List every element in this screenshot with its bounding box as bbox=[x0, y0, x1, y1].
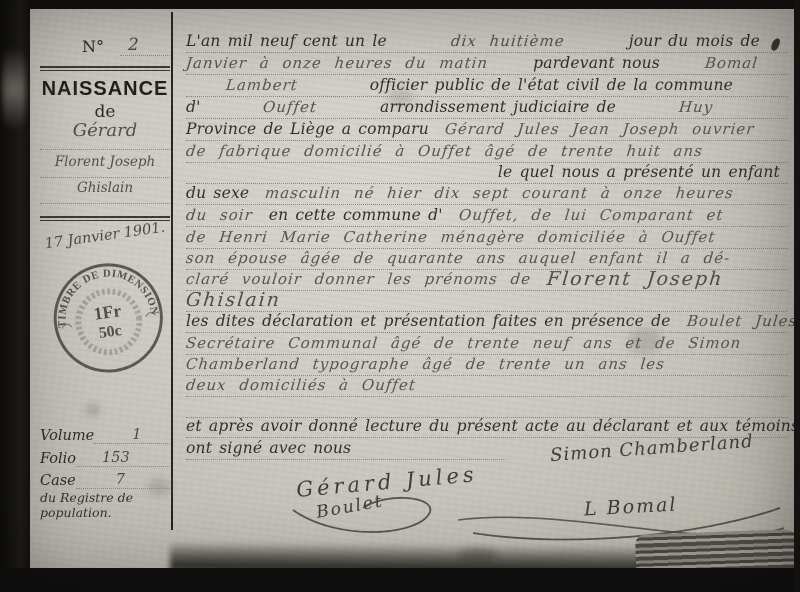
act-text-entry: Gérard Jules Jean Joseph ouvrier bbox=[444, 119, 756, 140]
act-type-subtitle: de bbox=[40, 102, 170, 122]
margin-divider-rule bbox=[171, 12, 173, 530]
act-text-entry: claré vouloir donner les prénoms de bbox=[185, 269, 532, 290]
act-text-entry: Bomal bbox=[704, 53, 759, 74]
act-text-entry: masculin né hier dix sept courant à onze… bbox=[264, 183, 735, 204]
act-line: du sexe masculin né hier dix sept couran… bbox=[186, 184, 788, 205]
act-line: le quel nous a présenté un enfant bbox=[186, 163, 788, 184]
act-line: du soir en cette commune d' Ouffet, de l… bbox=[186, 206, 788, 227]
act-line: les dites déclaration et présentation fa… bbox=[186, 312, 788, 333]
act-text-formula: les dites déclaration et présentation fa… bbox=[186, 311, 671, 332]
volume-label: Volume bbox=[40, 428, 94, 444]
photo-edge-right bbox=[794, 0, 800, 592]
register-photo: N° 2 NAISSANCE de Gérard Florent Joseph … bbox=[0, 0, 800, 592]
act-text-child-name: Florent Joseph bbox=[546, 269, 725, 290]
signature-bomal: L Bomal bbox=[583, 494, 678, 521]
act-text-entry: de Henri Marie Catherine ménagère domici… bbox=[185, 227, 717, 248]
act-text-formula: arrondissement judiciaire de bbox=[380, 97, 616, 118]
act-text-formula: du sexe bbox=[186, 183, 249, 204]
act-text-formula: d' bbox=[186, 97, 201, 118]
case-row: Case 7 bbox=[40, 468, 170, 489]
folio-label: Folio bbox=[40, 451, 76, 467]
act-text-entry: Ouffet, de lui Comparant et bbox=[458, 205, 725, 226]
act-line: d' Ouffet arrondissement judiciaire de H… bbox=[186, 98, 788, 119]
child-surname: Gérard bbox=[40, 120, 170, 150]
act-line: claré vouloir donner les prénoms de Flor… bbox=[186, 270, 788, 291]
act-line: ont signé avec nous bbox=[186, 439, 506, 460]
act-line: L'an mil neuf cent un le dix huitième jo… bbox=[186, 32, 788, 53]
double-rule bbox=[40, 66, 170, 71]
stamp-value-francs: 1Fr bbox=[92, 300, 122, 324]
act-text-entry: Huy bbox=[678, 97, 714, 118]
act-text-formula: Province de Liège a comparu bbox=[186, 119, 429, 140]
act-type-title: NAISSANCE bbox=[40, 78, 170, 101]
photo-edge-top bbox=[0, 0, 800, 9]
act-text-entry: du soir bbox=[185, 205, 254, 226]
signature-gerard: Gérard Jules bbox=[295, 462, 478, 502]
act-text-formula: officier public de l'état civil de la co… bbox=[370, 75, 733, 96]
act-number-label: N° bbox=[82, 37, 104, 56]
act-line: deux domiciliés à Ouffet bbox=[186, 376, 788, 397]
act-line: de fabrique domicilié à Ouffet âgé de tr… bbox=[186, 142, 788, 163]
act-line: Chamberland typographe âgé de trente un … bbox=[186, 355, 788, 376]
act-line: Ghislain bbox=[186, 291, 788, 312]
folio-value: 153 bbox=[76, 450, 170, 467]
act-line-blank bbox=[186, 397, 788, 418]
act-text-formula: jour du mois de bbox=[629, 31, 760, 52]
act-line: son épouse âgée de quarante ans auquel e… bbox=[186, 249, 788, 270]
act-text-entry: Chamberland typographe âgé de trente un … bbox=[185, 354, 666, 375]
act-text-entry: Ouffet bbox=[262, 97, 318, 118]
stamp-value-centimes: 50c bbox=[98, 322, 123, 342]
act-text-entry: Janvier à onze heures du matin bbox=[185, 53, 489, 74]
register-page: N° 2 NAISSANCE de Gérard Florent Joseph … bbox=[28, 8, 794, 568]
paper-stain bbox=[86, 404, 100, 416]
volume-value: 1 bbox=[94, 427, 170, 444]
act-line: Secrétaire Communal âgé de trente neuf a… bbox=[186, 334, 788, 355]
act-line: de Henri Marie Catherine ménagère domici… bbox=[186, 228, 788, 249]
volume-row: Volume 1 bbox=[40, 423, 170, 444]
act-line: Lambert officier public de l'état civil … bbox=[186, 76, 788, 97]
act-date: 17 Janvier 1901. bbox=[40, 219, 171, 253]
register-note: du Registre de population. bbox=[40, 490, 190, 520]
double-rule bbox=[40, 216, 170, 221]
act-text-entry: de fabrique domicilié à Ouffet âgé de tr… bbox=[185, 141, 704, 162]
act-line: Province de Liège a comparu Gérard Jules… bbox=[186, 120, 788, 141]
binding-highlight bbox=[2, 34, 26, 144]
act-text-entry: Secrétaire Communal âgé de trente neuf a… bbox=[185, 333, 743, 354]
act-line: Janvier à onze heures du matin pardevant… bbox=[186, 54, 788, 75]
act-text-entry: Lambert bbox=[225, 75, 299, 96]
act-text-child-name: Ghislain bbox=[185, 290, 282, 311]
folio-row: Folio 153 bbox=[40, 446, 170, 467]
case-label: Case bbox=[40, 473, 76, 489]
revenue-stamp-icon: TIMBRE DE DIMENSION 1Fr 50c bbox=[41, 249, 174, 382]
act-number-value: 2 bbox=[120, 35, 170, 56]
act-text-formula: en cette commune d' bbox=[269, 205, 443, 226]
child-forenames: Florent Joseph bbox=[40, 154, 170, 178]
act-number-row: N° 2 bbox=[40, 30, 170, 56]
act-text-entry: dix huitième bbox=[450, 31, 566, 52]
act-text-formula: le quel nous a présenté un enfant bbox=[498, 162, 780, 183]
act-text-entry: deux domiciliés à Ouffet bbox=[185, 375, 417, 396]
act-text-formula: pardevant nous bbox=[533, 53, 660, 74]
act-text-entry: Boulet Jules bbox=[686, 311, 798, 332]
child-forename-ghislain: Ghislain bbox=[40, 180, 170, 204]
act-text-formula: ont signé avec nous bbox=[186, 438, 351, 459]
act-text-formula: L'an mil neuf cent un le bbox=[186, 31, 387, 52]
case-value: 7 bbox=[76, 472, 170, 489]
photo-edge-bottom bbox=[0, 568, 800, 592]
act-text-entry: son épouse âgée de quarante ans auquel e… bbox=[185, 248, 731, 269]
